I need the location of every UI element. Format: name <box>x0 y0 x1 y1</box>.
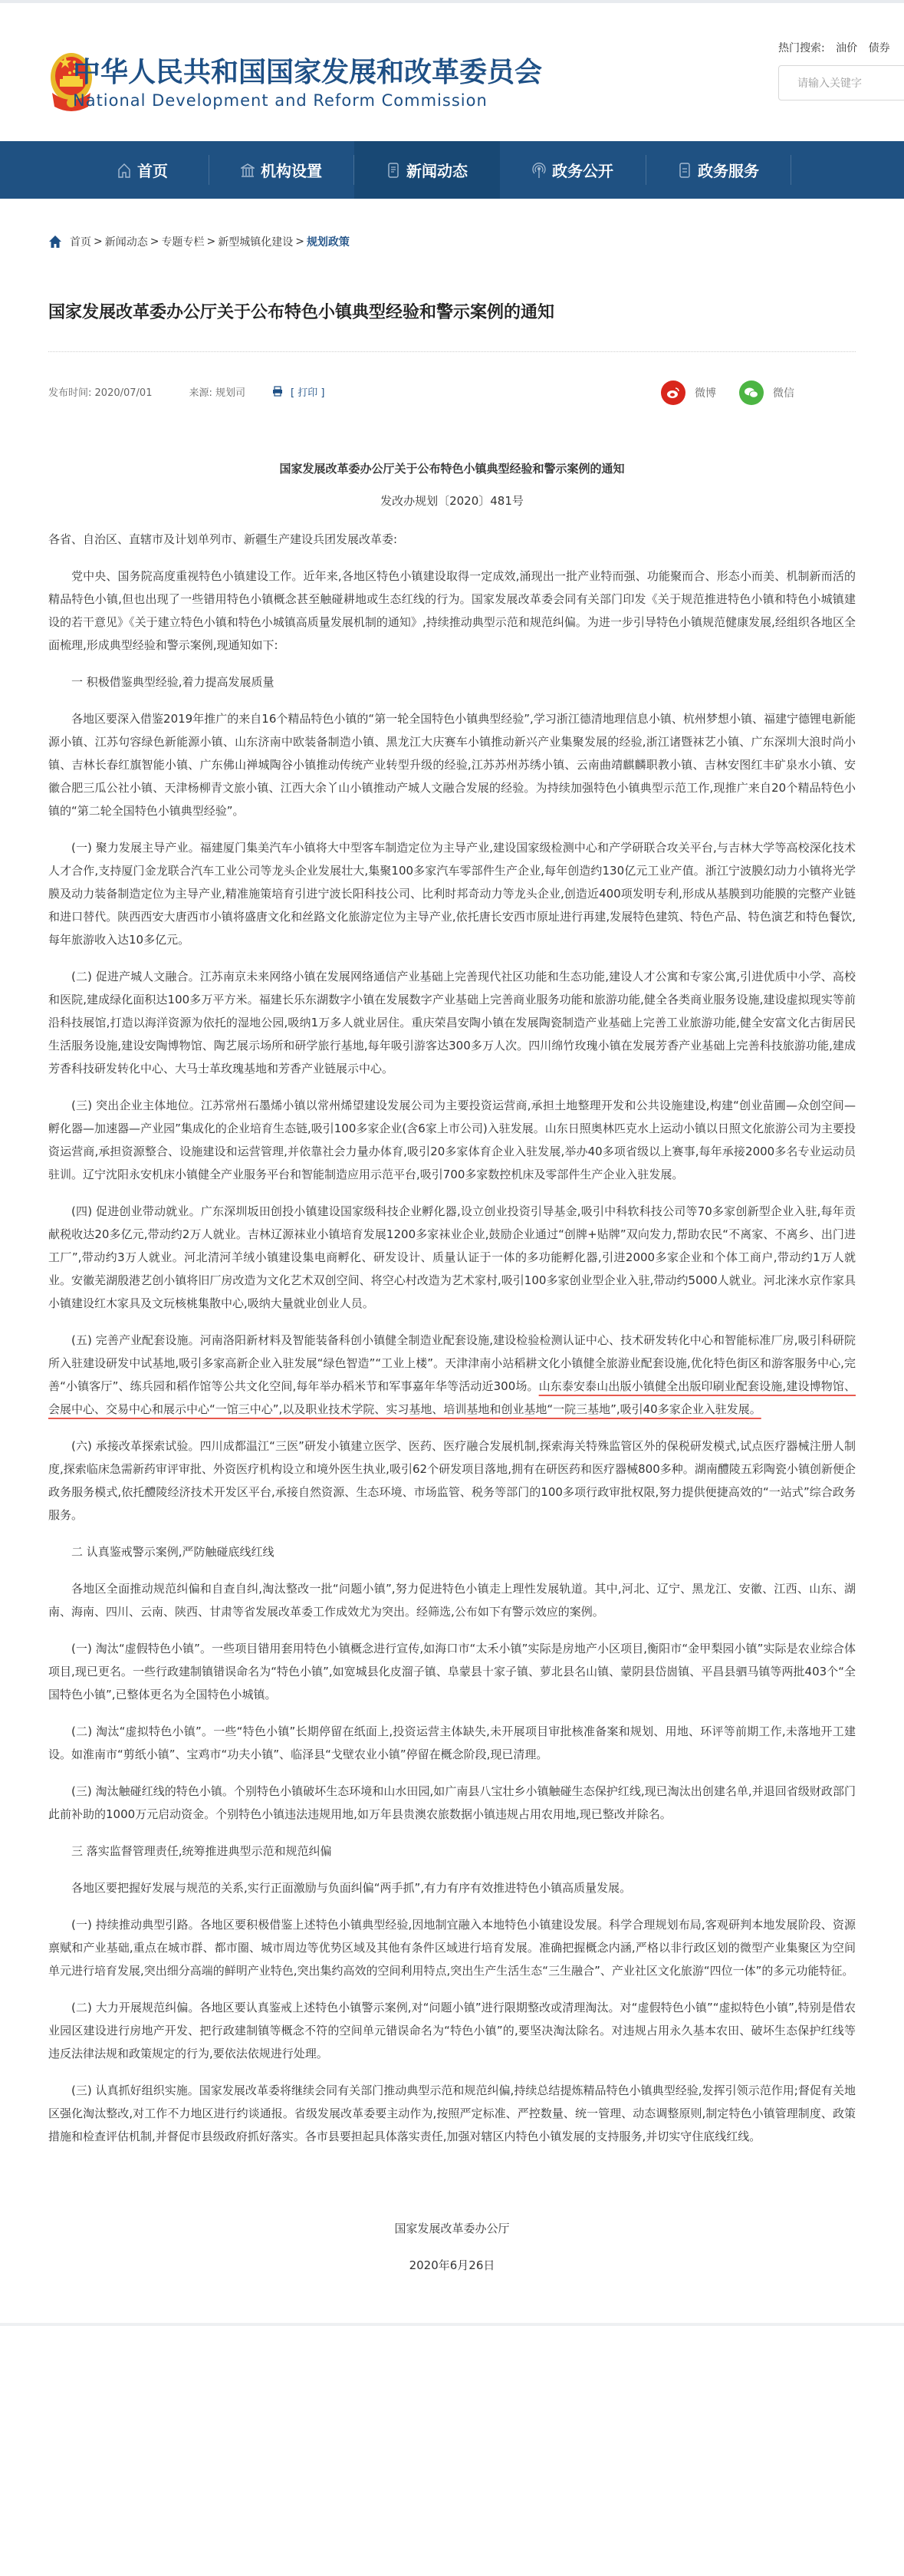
institution-icon <box>241 162 255 179</box>
paragraph: 各地区要把握好发展与规范的关系,实行正面激励与负面纠偏“两手抓”,有力有序有效推… <box>48 1876 856 1899</box>
paragraph: (三) 认真抓好组织实施。国家发展改革委将继续会同有关部门推动典型示范和规范纠偏… <box>48 2079 856 2148</box>
hot-search-term[interactable]: 债券 <box>869 42 890 54</box>
source-label: 来源: <box>189 387 212 399</box>
paragraph: (四) 促进创业带动就业。广东深圳坂田创投小镇建设国家级科技企业孵化器,设立创业… <box>48 1200 856 1315</box>
broadcast-icon <box>532 162 546 179</box>
hot-search: 热门搜索: 油价 债券 <box>778 40 898 55</box>
paragraph: (一) 聚力发展主导产业。福建厦门集美汽车小镇将大中型客车制造定位为主导产业,建… <box>48 836 856 951</box>
nav-divider <box>791 155 791 185</box>
breadcrumb-news[interactable]: 新闻动态 <box>105 234 148 249</box>
hot-search-term[interactable]: 油价 <box>836 42 857 54</box>
breadcrumb-separator: > <box>295 236 304 248</box>
addressee: 各省、自治区、直辖市及计划单列市、新疆生产建设兵团发展改革委: <box>48 528 856 551</box>
nav-spacer <box>0 141 77 199</box>
nav-item-label: 政务公开 <box>552 159 613 181</box>
nav-item-gov-affairs-public[interactable]: 政务公开 <box>500 141 646 199</box>
paragraph: (一) 持续推动典型引路。各地区要积极借鉴上述特色小镇典型经验,因地制宜融入本地… <box>48 1913 856 1982</box>
site-name-cn: 中华人民共和国国家发展和改革委员会 <box>73 51 542 90</box>
paragraph: (二) 大力开展规范纠偏。各地区要认真鉴戒上述特色小镇警示案例,对“问题小镇”进… <box>48 1996 856 2065</box>
publish-date: 2020/07/01 <box>95 387 153 399</box>
paragraph: 各地区要深入借鉴2019年推广的来自16个精品特色小镇的“第一轮全国特色小镇典型… <box>48 707 856 822</box>
paragraph: (三) 突出企业主体地位。江苏常州石墨烯小镇以常州烯望建设发展公司为主要投资运营… <box>48 1094 856 1186</box>
search-box <box>778 65 904 100</box>
print-button[interactable]: [ 打印 ] <box>272 384 324 399</box>
paragraph: (一) 淘汰“虚假特色小镇”。一些项目错用套用特色小镇概念进行宣传,如海口市“太… <box>48 1637 856 1706</box>
nav-item-label: 机构设置 <box>261 159 322 181</box>
print-label: [ 打印 ] <box>291 384 324 399</box>
signature-date: 2020年6月26日 <box>48 2254 856 2277</box>
share-weibo-button[interactable]: 微博 <box>661 380 716 405</box>
breadcrumb-home[interactable]: 首页 <box>70 234 91 249</box>
section-heading-2: 二 认真鉴戒警示案例,严防触碰底线红线 <box>48 1540 856 1563</box>
share-wechat-label: 微信 <box>773 385 794 400</box>
divider <box>48 351 856 352</box>
weibo-icon <box>661 380 685 405</box>
publish-info: 发布时间: 2020/07/01 <box>48 384 152 399</box>
nav-item-label: 政务服务 <box>698 159 759 181</box>
nav-item-label: 新闻动态 <box>406 159 468 181</box>
site-name-en: National Development and Reform Commissi… <box>73 91 542 110</box>
breadcrumb-current[interactable]: 规划政策 <box>307 234 350 249</box>
breadcrumb-separator: > <box>150 236 159 248</box>
breadcrumb-topics[interactable]: 专题专栏 <box>161 234 204 249</box>
page-title: 国家发展改革委办公厅关于公布特色小镇典型经验和警示案例的通知 <box>48 299 856 323</box>
search-input[interactable] <box>779 66 904 100</box>
signature: 国家发展改革委办公厅 <box>48 2217 856 2240</box>
printer-icon <box>272 386 283 397</box>
article-body: 国家发展改革委办公厅关于公布特色小镇典型经验和警示案例的通知 发改办规划〔202… <box>48 457 856 2277</box>
page-bottom-spacer <box>0 2277 904 2323</box>
paragraph: 各地区全面推动规范纠偏和自查自纠,淘汰整改一批“问题小镇”,努力促进特色小镇走上… <box>48 1577 856 1623</box>
hot-search-label: 热门搜索: <box>778 42 825 54</box>
wechat-icon <box>739 380 764 405</box>
nav-item-institutions[interactable]: 机构设置 <box>209 141 353 199</box>
article-meta: 发布时间: 2020/07/01 来源: 规划司 [ 打印 ] 微博 微信 <box>48 380 856 402</box>
breadcrumb-separator: > <box>206 236 215 248</box>
publish-label: 发布时间: <box>48 387 91 399</box>
nav-item-home[interactable]: 首页 <box>77 141 209 199</box>
paragraph: (五) 完善产业配套设施。河南洛阳新材料及智能装备科创小镇健全制造业配套设施,建… <box>48 1329 856 1421</box>
nav-item-gov-services[interactable]: 政务服务 <box>646 141 791 199</box>
main-nav: 首页 机构设置 新闻动态 政务公开 政务服务 <box>0 141 904 199</box>
paragraph: (三) 淘汰触碰红线的特色小镇。个别特色小镇破坏生态环境和山水田园,如广南县八宝… <box>48 1780 856 1826</box>
breadcrumb-separator: > <box>94 236 103 248</box>
breadcrumb: 首页 > 新闻动态 > 专题专栏 > 新型城镇化建设 > 规划政策 <box>48 199 904 257</box>
news-icon <box>386 162 400 179</box>
document-number: 发改办规划〔2020〕481号 <box>48 489 856 512</box>
breadcrumb-urbanization[interactable]: 新型城镇化建设 <box>218 234 293 249</box>
share-wechat-button[interactable]: 微信 <box>739 380 794 405</box>
paragraph: (六) 承接改革探索试验。四川成都温江“三医”研发小镇建立医学、医药、医疗融合发… <box>48 1435 856 1527</box>
site-header: 中华人民共和国国家发展和改革委员会 National Development a… <box>0 3 904 141</box>
paragraph: (二) 促进产城人文融合。江苏南京未来网络小镇在发展网络通信产业基础上完善现代社… <box>48 965 856 1080</box>
paragraph: (二) 淘汰“虚拟特色小镇”。一些“特色小镇”长期停留在纸面上,投资运营主体缺失… <box>48 1720 856 1766</box>
nav-item-label: 首页 <box>137 159 168 181</box>
nav-item-news[interactable]: 新闻动态 <box>354 141 500 199</box>
share-bar: 微博 微信 <box>638 380 794 405</box>
section-heading-1: 一 积极借鉴典型经验,着力提高发展质量 <box>48 670 856 693</box>
share-weibo-label: 微博 <box>695 385 716 400</box>
paragraph-intro: 党中央、国务院高度重视特色小镇建设工作。近年来,各地区特色小镇建设取得一定成效,… <box>48 565 856 657</box>
document-icon <box>678 162 692 179</box>
document-title: 国家发展改革委办公厅关于公布特色小镇典型经验和警示案例的通知 <box>48 457 856 480</box>
home-icon[interactable] <box>48 235 62 249</box>
home-icon <box>117 162 131 179</box>
bottom-border <box>0 2323 904 2326</box>
site-brand[interactable]: 中华人民共和国国家发展和改革委员会 National Development a… <box>73 51 542 110</box>
source-info: 来源: 规划司 <box>189 384 245 399</box>
source-value: 规划司 <box>215 387 245 399</box>
section-heading-3: 三 落实监督管理责任,统筹推进典型示范和规范纠偏 <box>48 1840 856 1863</box>
